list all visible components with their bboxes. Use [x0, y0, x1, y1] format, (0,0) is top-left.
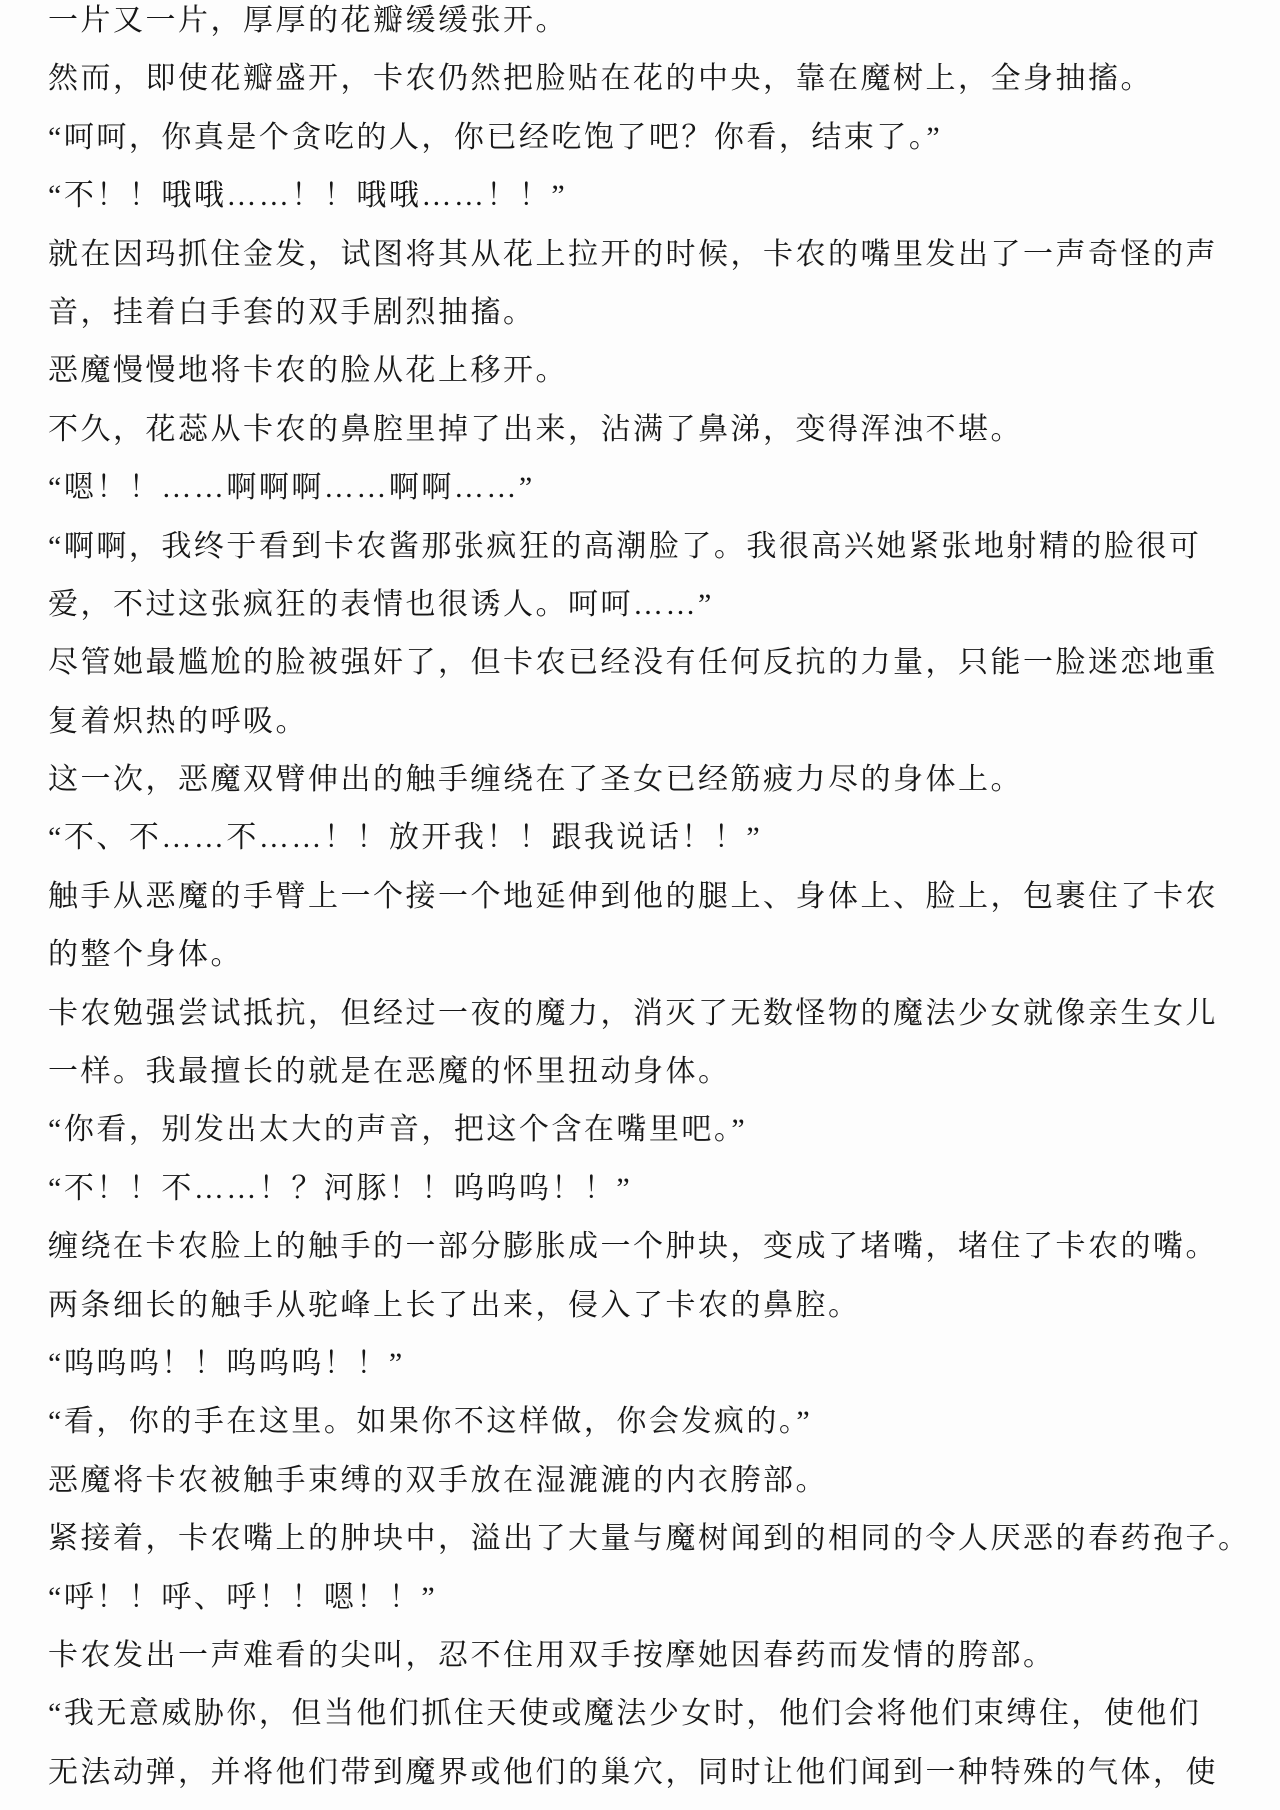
text-line: “呼！！呼、呼！！嗯！！” — [48, 1569, 1248, 1627]
text-line: 就在因玛抓住金发，试图将其从花上拉开的时候，卡农的嘴里发出了一声奇怪的声 — [48, 226, 1248, 284]
text-line: 然而，即使花瓣盛开，卡农仍然把脸贴在花的中央，靠在魔树上，全身抽搐。 — [48, 50, 1248, 108]
text-line: 爱，不过这张疯狂的表情也很诱人。呵呵……” — [48, 576, 1248, 634]
text-line: “不、不……不……！！放开我！！跟我说话！！” — [48, 809, 1248, 867]
text-line: 一片又一片，厚厚的花瓣缓缓张开。 — [48, 0, 1248, 50]
text-line: 尽管她最尴尬的脸被强奸了，但卡农已经没有任何反抗的力量，只能一脸迷恋地重 — [48, 634, 1248, 692]
text-line: “呜呜呜！！呜呜呜！！” — [48, 1335, 1248, 1393]
text-line: 的整个身体。 — [48, 926, 1248, 984]
text-line: 无法动弹，并将他们带到魔界或他们的巢穴，同时让他们闻到一种特殊的气体，使 — [48, 1744, 1248, 1802]
text-line: 卡农发出一声难看的尖叫，忍不住用双手按摩她因春药而发情的胯部。 — [48, 1627, 1248, 1685]
text-line: “不！！不……！？河豚！！呜呜呜！！” — [48, 1160, 1248, 1218]
text-line: 音，挂着白手套的双手剧烈抽搐。 — [48, 284, 1248, 342]
text-content: 一片又一片，厚厚的花瓣缓缓张开。然而，即使花瓣盛开，卡农仍然把脸贴在花的中央，靠… — [48, 0, 1248, 1802]
text-line: “你看，别发出太大的声音，把这个含在嘴里吧。” — [48, 1101, 1248, 1159]
text-line: “呵呵，你真是个贪吃的人，你已经吃饱了吧？你看，结束了。” — [48, 109, 1248, 167]
document-page: 一片又一片，厚厚的花瓣缓缓张开。然而，即使花瓣盛开，卡农仍然把脸贴在花的中央，靠… — [0, 0, 1280, 1810]
text-line: 一样。我最擅长的就是在恶魔的怀里扭动身体。 — [48, 1043, 1248, 1101]
text-line: 这一次，恶魔双臂伸出的触手缠绕在了圣女已经筋疲力尽的身体上。 — [48, 751, 1248, 809]
text-line: “嗯！！……啊啊啊……啊啊……” — [48, 459, 1248, 517]
text-line: 触手从恶魔的手臂上一个接一个地延伸到他的腿上、身体上、脸上，包裹住了卡农 — [48, 868, 1248, 926]
text-line: “啊啊，我终于看到卡农酱那张疯狂的高潮脸了。我很高兴她紧张地射精的脸很可 — [48, 518, 1248, 576]
text-line: 恶魔慢慢地将卡农的脸从花上移开。 — [48, 342, 1248, 400]
text-line: 两条细长的触手从驼峰上长了出来，侵入了卡农的鼻腔。 — [48, 1277, 1248, 1335]
text-line: “不！！哦哦……！！哦哦……！！” — [48, 167, 1248, 225]
text-line: 卡农勉强尝试抵抗，但经过一夜的魔力，消灭了无数怪物的魔法少女就像亲生女儿 — [48, 985, 1248, 1043]
text-line: 不久，花蕊从卡农的鼻腔里掉了出来，沾满了鼻涕，变得浑浊不堪。 — [48, 401, 1248, 459]
text-line: “我无意威胁你，但当他们抓住天使或魔法少女时，他们会将他们束缚住，使他们 — [48, 1685, 1248, 1743]
text-line: 紧接着，卡农嘴上的肿块中，溢出了大量与魔树闻到的相同的令人厌恶的春药孢子。 — [48, 1510, 1248, 1568]
text-line: 缠绕在卡农脸上的触手的一部分膨胀成一个肿块，变成了堵嘴，堵住了卡农的嘴。 — [48, 1218, 1248, 1276]
text-line: 复着炽热的呼吸。 — [48, 693, 1248, 751]
text-line: “看，你的手在这里。如果你不这样做，你会发疯的。” — [48, 1393, 1248, 1451]
text-line: 恶魔将卡农被触手束缚的双手放在湿漉漉的内衣胯部。 — [48, 1452, 1248, 1510]
